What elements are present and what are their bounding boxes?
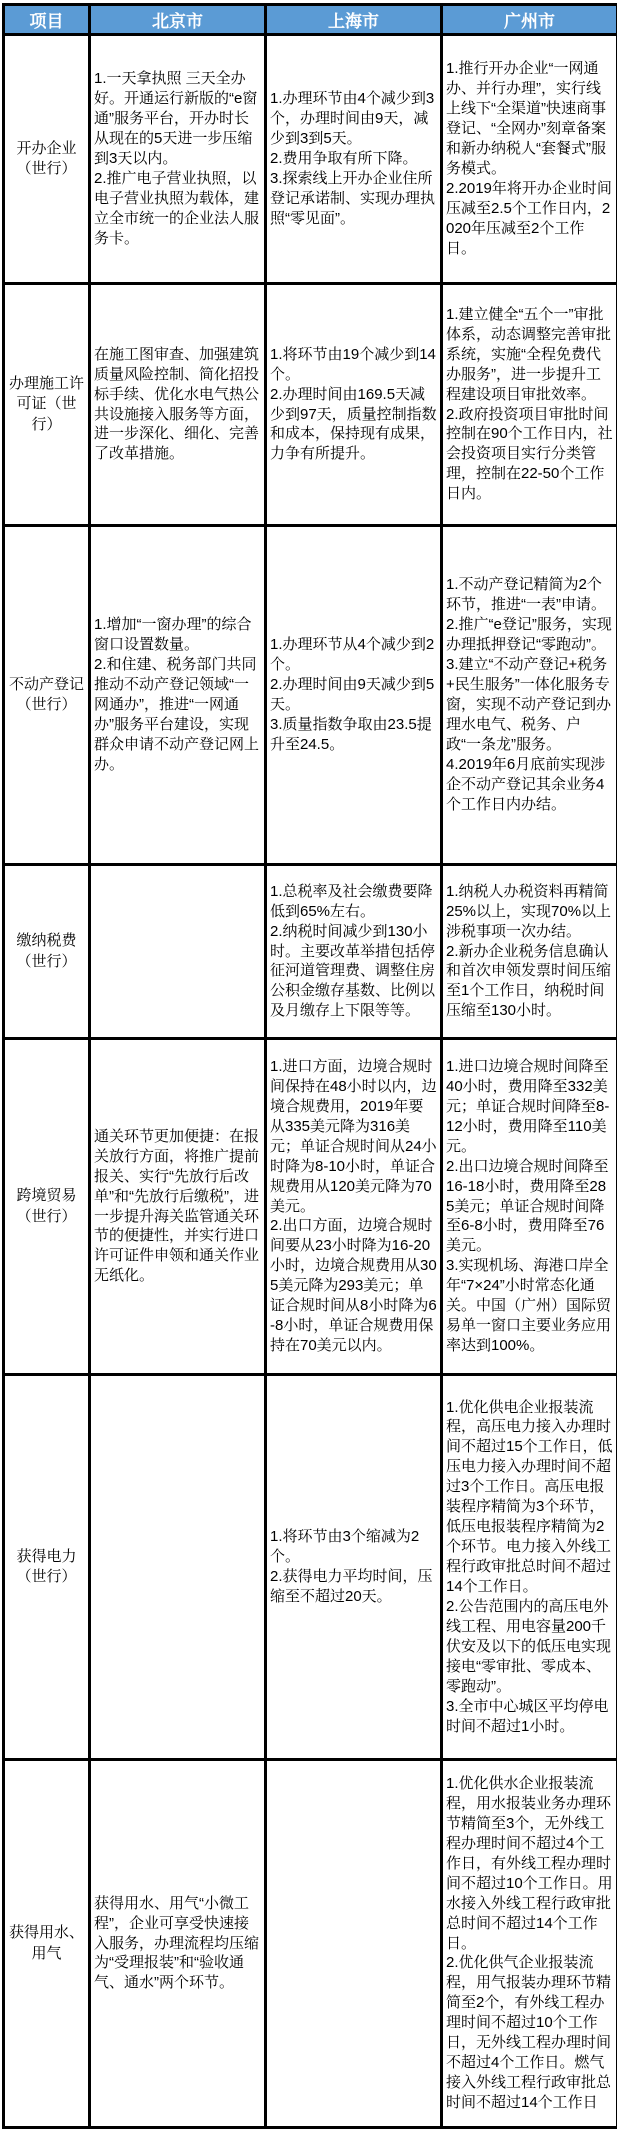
cell-shanghai: 1.办理环节从4个减少到2个。 2.办理时间由9天减少到5天。 3.质量指数争取… — [266, 526, 442, 865]
column-header-guangzhou: 广州市 — [442, 5, 617, 35]
cell-guangzhou: 1.优化供水企业报装流程，用水报装业务办理环节精简至3个，无外线工程办理时间不超… — [442, 1760, 617, 2128]
row-label: 开办企业 （世行） — [4, 35, 90, 284]
cell-guangzhou: 1.推行开办企业“一网通办、并行办理”，实行线上线下“全渠道”快速商事登记、“全… — [442, 35, 617, 284]
cell-beijing: 1.一天拿执照 三天全办好。开通运行新版的“e窗通”服务平台，开办时长从现在的5… — [90, 35, 266, 284]
cell-shanghai — [266, 1760, 442, 2128]
cell-shanghai: 1.将环节由19个减少到14个。 2.办理时间由169.5天减少到97天，质量控… — [266, 284, 442, 526]
cell-beijing: 通关环节更加便捷：在报关放行方面，将推广提前报关、实行“先放行后改单”和“先放行… — [90, 1039, 266, 1375]
cell-guangzhou: 1.优化供电企业报装流程，高压电力接入办理时间不超过15个工作日，低压电力接入办… — [442, 1375, 617, 1760]
cell-shanghai: 1.将环节由3个缩减为2个。 2.获得电力平均时间，压缩至不超过20天。 — [266, 1375, 442, 1760]
row-label: 不动产登记（世行） — [4, 526, 90, 865]
table-row-getting-electricity: 获得电力 （世行） 1.将环节由3个缩减为2个。 2.获得电力平均时间，压缩至不… — [4, 1375, 617, 1760]
column-header-project: 项目 — [4, 5, 90, 35]
table-row-construction-permit: 办理施工许可证（世行） 在施工图审查、加强建筑质量风险控制、简化招投标手续、优化… — [4, 284, 617, 526]
cell-beijing — [90, 1375, 266, 1760]
header-row: 项目 北京市 上海市 广州市 — [4, 5, 617, 35]
cell-beijing: 在施工图审查、加强建筑质量风险控制、简化招投标手续、优化水电气热公共设施接入服务… — [90, 284, 266, 526]
cell-guangzhou: 1.纳税人办税资料再精简25%以上，实现70%以上涉税事项一次办结。 2.新办企… — [442, 865, 617, 1039]
cell-beijing — [90, 865, 266, 1039]
row-label: 获得电力 （世行） — [4, 1375, 90, 1760]
row-label: 缴纳税费 （世行） — [4, 865, 90, 1039]
cell-beijing: 1.增加“一窗办理”的综合窗口设置数量。 2.和住建、税务部门共同推动不动产登记… — [90, 526, 266, 865]
column-header-shanghai: 上海市 — [266, 5, 442, 35]
table-row-starting-business: 开办企业 （世行） 1.一天拿执照 三天全办好。开通运行新版的“e窗通”服务平台… — [4, 35, 617, 284]
city-reform-comparison-page: 项目 北京市 上海市 广州市 开办企业 （世行） 1.一天拿执照 三天全办好。开… — [0, 0, 617, 2132]
row-label: 办理施工许可证（世行） — [4, 284, 90, 526]
row-label: 获得用水、用气 — [4, 1760, 90, 2128]
table-row-property-registration: 不动产登记（世行） 1.增加“一窗办理”的综合窗口设置数量。 2.和住建、税务部… — [4, 526, 617, 865]
table-row-paying-taxes: 缴纳税费 （世行） 1.总税率及社会缴费要降低到65%左右。 2.纳税时间减少到… — [4, 865, 617, 1039]
cell-guangzhou: 1.进口边境合规时间降至40小时，费用降至332美元；单证合规时间降至8-12小… — [442, 1039, 617, 1375]
cell-guangzhou: 1.建立健全“五个一”审批体系，动态调整完善审批系统，实施“全程免费代办服务”，… — [442, 284, 617, 526]
cell-shanghai: 1.进口方面，边境合规时间保持在48小时以内，边境合规费用，2019年要从335… — [266, 1039, 442, 1375]
cell-beijing: 获得用水、用气“小微工程”，企业可享受快速接入服务，办理流程均压缩为“受理报装”… — [90, 1760, 266, 2128]
cell-shanghai: 1.办理环节由4个减少到3个，办理时间由9天，减少到3到5天。 2.费用争取有所… — [266, 35, 442, 284]
city-reform-comparison-table: 项目 北京市 上海市 广州市 开办企业 （世行） 1.一天拿执照 三天全办好。开… — [2, 3, 617, 2129]
column-header-beijing: 北京市 — [90, 5, 266, 35]
cell-shanghai: 1.总税率及社会缴费要降低到65%左右。 2.纳税时间减少到130小时。主要改革… — [266, 865, 442, 1039]
table-row-water-and-gas: 获得用水、用气 获得用水、用气“小微工程”，企业可享受快速接入服务，办理流程均压… — [4, 1760, 617, 2128]
cell-guangzhou: 1.不动产登记精简为2个环节，推进“一表”申请。 2.推广“e登记”服务，实现办… — [442, 526, 617, 865]
row-label: 跨境贸易 （世行） — [4, 1039, 90, 1375]
table-row-cross-border-trade: 跨境贸易 （世行） 通关环节更加便捷：在报关放行方面，将推广提前报关、实行“先放… — [4, 1039, 617, 1375]
